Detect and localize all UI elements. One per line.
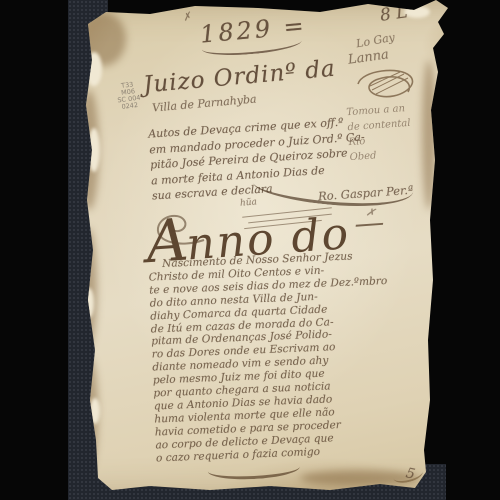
calligraphy-spiral-flourish (150, 204, 206, 252)
main-paragraph: Nascimento de Nosso Senhor Jezus Christo… (148, 250, 382, 465)
margin-notes: Tomou a an de contental Rio Obed (346, 101, 413, 165)
margin-note-line: Obed (349, 146, 413, 165)
court-heading: Juizo Ordinº da (142, 56, 337, 99)
folio-ink-mark: 8 L (379, 2, 409, 26)
archive-stamp: T33 M06 SC 004 0242 (115, 81, 141, 112)
signature-rubric-flourish (352, 62, 426, 104)
end-flourish (208, 464, 301, 482)
photo-stage: ✗ 1829 = 8 L Lo Gay Lanna Juizo Ordinº d… (0, 0, 500, 500)
pen-squiggle-mark: ✗ (181, 11, 193, 24)
clerk-signature-line1: Lo Gay (355, 31, 396, 51)
